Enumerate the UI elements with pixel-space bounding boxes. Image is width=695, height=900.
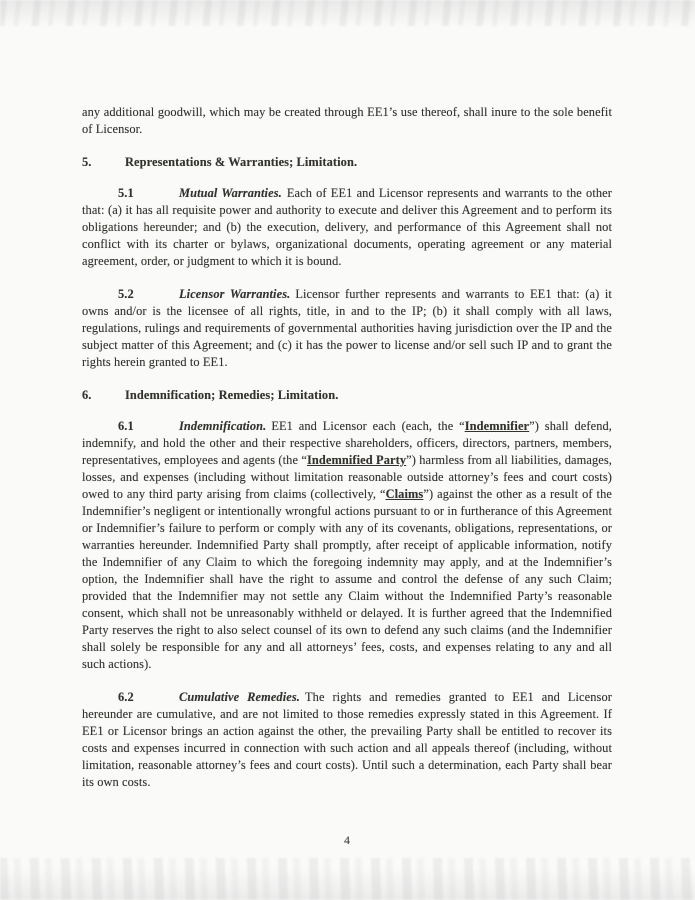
section-5-heading: 5.Representations & Warranties; Limitati… xyxy=(82,154,612,171)
subsection-5-1-paragraph: 5.1Mutual Warranties.Each of EE1 and Lic… xyxy=(82,185,612,270)
subsection-title: Licensor Warranties. xyxy=(179,287,290,301)
paragraph-intro-continuation: any additional goodwill, which may be cr… xyxy=(82,104,612,138)
subsection-title: Cumulative Remedies. xyxy=(179,690,300,704)
section-number: 6. xyxy=(82,387,125,404)
scan-noise-bottom-edge xyxy=(0,858,695,900)
page-number: 4 xyxy=(82,833,612,848)
section-6-heading: 6.Indemnification; Remedies; Limitation. xyxy=(82,387,612,404)
subsection-number: 5.2 xyxy=(118,286,179,303)
scan-noise-top-edge xyxy=(0,0,695,26)
subsection-6-2-paragraph: 6.2Cumulative Remedies.The rights and re… xyxy=(82,689,612,791)
subsection-title: Mutual Warranties. xyxy=(179,186,282,200)
document-body: any additional goodwill, which may be cr… xyxy=(82,104,612,807)
subsection-number: 5.1 xyxy=(118,185,179,202)
subsection-number: 6.2 xyxy=(118,689,179,706)
subsection-body: EE1 and Licensor each (each, the “Indemn… xyxy=(82,419,612,671)
subsection-6-1-paragraph: 6.1Indemnification.EE1 and Licensor each… xyxy=(82,418,612,673)
section-heading-text: Representations & Warranties; Limitation… xyxy=(125,155,357,169)
section-number: 5. xyxy=(82,154,125,171)
subsection-5-2-paragraph: 5.2Licensor Warranties.Licensor further … xyxy=(82,286,612,371)
section-heading-text: Indemnification; Remedies; Limitation. xyxy=(125,388,338,402)
document-page: { "page": { "number": "4" }, "intro": "a… xyxy=(0,0,695,900)
subsection-number: 6.1 xyxy=(118,418,179,435)
subsection-title: Indemnification. xyxy=(179,419,266,433)
